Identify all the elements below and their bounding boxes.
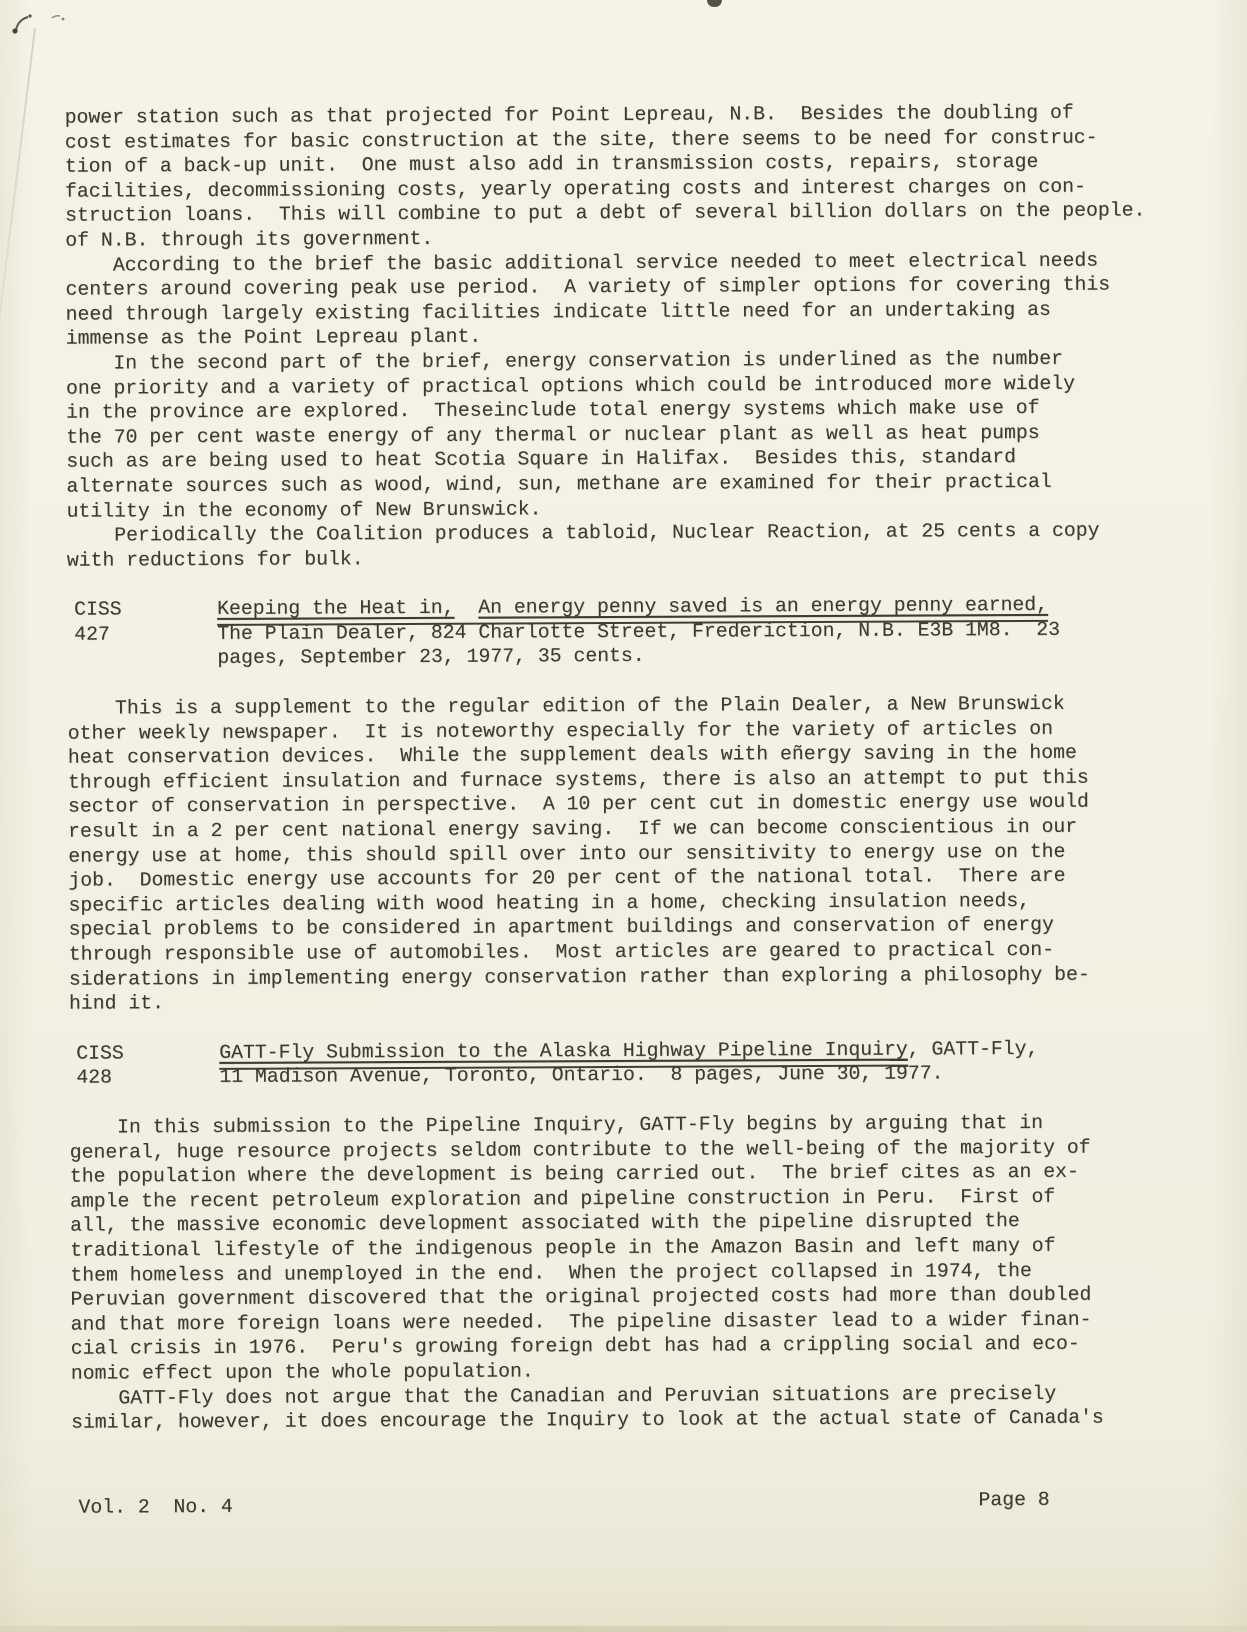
page-body: power station such as that projected for…	[65, 100, 1230, 1435]
entry-citation-ciss-428: 11 Madison Avenue, Toronto, Ontario. 8 p…	[219, 1060, 1228, 1090]
entry-body-ciss-427: Keeping the Heat in, An energy penny sav…	[217, 592, 1226, 671]
paragraph-energy-conservation: In the second part of the brief, energy …	[66, 346, 1226, 524]
entry-id-ciss-427: CISS 427	[67, 597, 217, 672]
entry-body-ciss-428: GATT-Fly Submission to the Alaska Highwa…	[219, 1036, 1228, 1090]
paragraph-nuclear-reaction-tabloid: Periodically the Coalition produces a ta…	[67, 518, 1226, 573]
entry-citation-ciss-427: The Plain Dealer, 824 Charlotte Street, …	[217, 617, 1226, 671]
entry-title-tail: , GATT-Fly,	[908, 1038, 1039, 1061]
entry-title-part2: An energy penny saved is an energy penny…	[478, 594, 1048, 619]
entry-title-main: GATT-Fly Submission to the Alaska Highwa…	[219, 1038, 908, 1063]
footer-volume: Vol. 2 No. 4	[78, 1496, 232, 1519]
paragraph-plain-dealer-supplement: This is a supplement to the regular edit…	[67, 691, 1228, 1016]
paragraph-point-lepreau: power station such as that projected for…	[65, 100, 1225, 253]
catalog-entry-ciss-428: CISS 428 GATT-Fly Submission to the Alas…	[69, 1036, 1228, 1091]
paragraph-gatt-fly-conclusion: GATT-Fly does not argue that the Canadia…	[71, 1380, 1230, 1435]
scan-bottom-edge	[0, 1626, 1247, 1632]
typewritten-sheet: power station such as that projected for…	[0, 0, 1247, 1632]
document-page: power station such as that projected for…	[0, 0, 1247, 1632]
paragraph-according-to-brief: According to the brief the basic additio…	[65, 248, 1224, 352]
entry-title-part1: Keeping the Heat in,	[217, 597, 455, 620]
entry-id-ciss-428: CISS 428	[69, 1041, 219, 1091]
catalog-entry-ciss-427: CISS 427 Keeping the Heat in, An energy …	[67, 592, 1226, 671]
entry-title-gap	[454, 597, 478, 619]
footer-page-number: Page 8	[978, 1489, 1049, 1511]
paragraph-gatt-fly-submission: In this submission to the Pipeline Inqui…	[70, 1110, 1230, 1386]
